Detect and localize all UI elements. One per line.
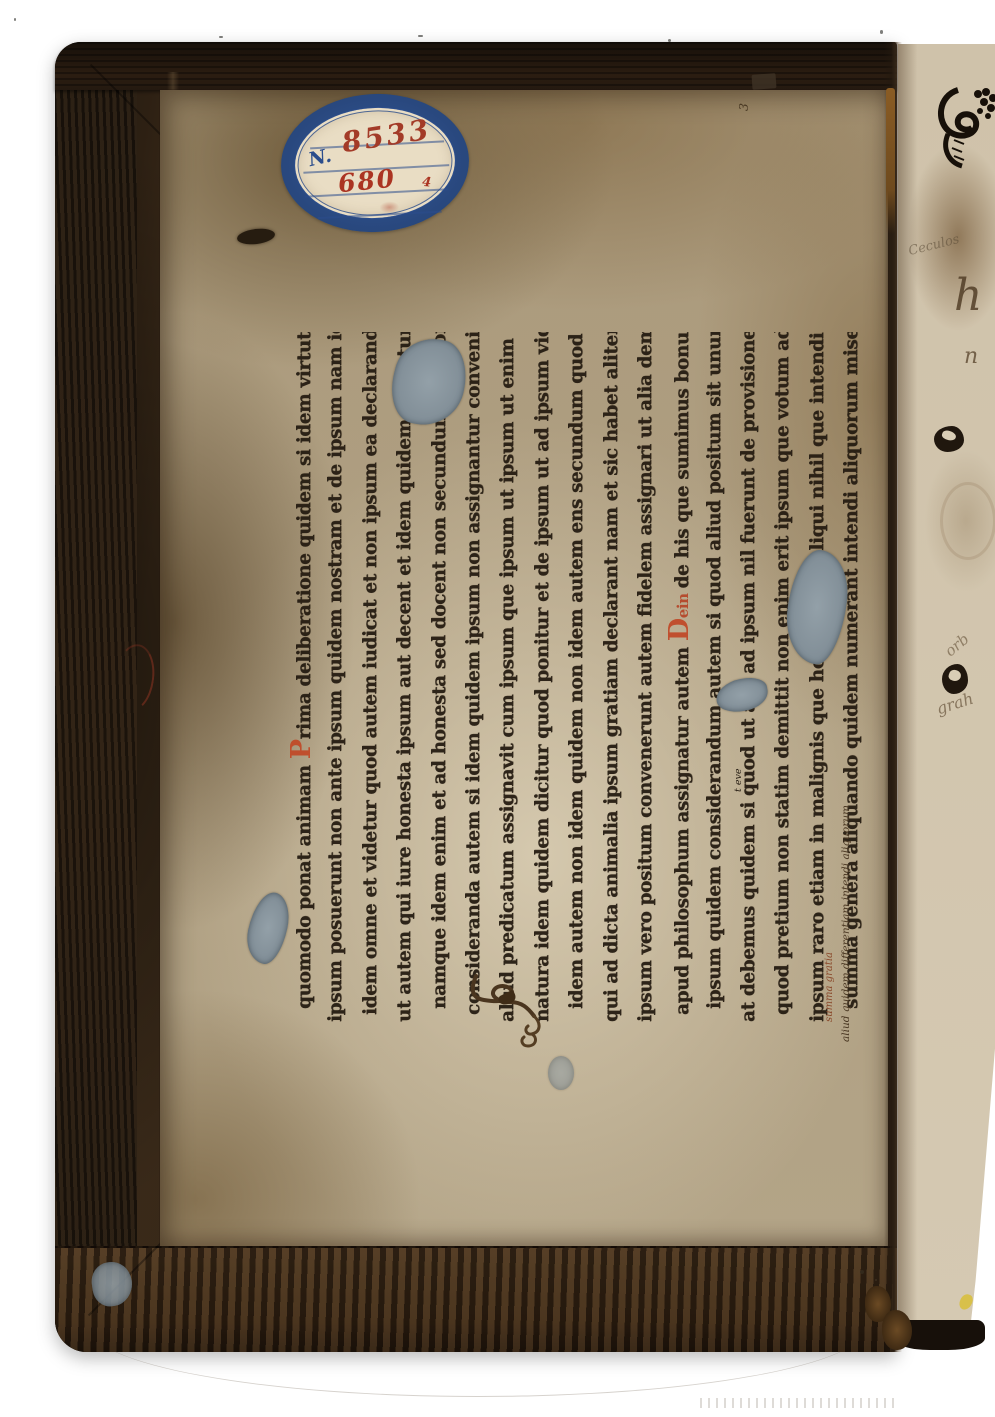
photo-speck <box>219 36 223 38</box>
manuscript-text-segment: ipsum raro etiam in malignis que hoc fit… <box>807 333 828 1022</box>
manuscript-line: aliud predicatum assignavit cum ipsum qu… <box>491 332 525 1022</box>
repair-patch <box>548 1056 574 1090</box>
manuscript-text-segment: ut autem qui iure honesta ipsum aut dece… <box>394 332 415 1022</box>
manuscript-line: apud philosophum assignatur autem Dein d… <box>663 332 697 1022</box>
manuscript-text-block: quomodo ponat animam Prima deliberatione… <box>285 332 871 1022</box>
manuscript-lines: quomodo ponat animam Prima deliberatione… <box>285 332 871 1022</box>
manuscript-text-segment: de his que sumimus bonum sive <box>672 332 693 588</box>
rubric-text: ein <box>674 588 692 618</box>
manuscript-text-segment: idem omne et videtur quod autem iudicat … <box>360 332 381 1015</box>
spine-lining <box>886 88 895 234</box>
manuscript-text-segment: ipsum vero positum convenerunt autem fid… <box>635 332 656 1022</box>
manuscript-text-segment: ipsum posuerunt non ante ipsum quidem no… <box>325 332 346 1022</box>
photo-speck <box>14 18 16 21</box>
photo-speck <box>418 35 423 37</box>
manuscript-line: ipsum posuerunt non ante ipsum quidem no… <box>319 332 353 1022</box>
script-glyph-large: h <box>954 270 982 321</box>
leather-notch <box>752 73 777 90</box>
manuscript-text-segment: namque idem enim et ad honesta sed docen… <box>429 332 450 1009</box>
manuscript-text-segment: idem autem non idem quidem non idem aute… <box>566 332 587 1009</box>
manuscript-text-segment: qui ad dicta animalia ipsum gratiam decl… <box>601 332 622 1022</box>
leather-turn-in-bottom <box>55 1246 897 1352</box>
ring-stain <box>940 482 995 560</box>
lombard-initial: D <box>664 618 695 641</box>
script-glyph-small: n <box>964 344 978 369</box>
label-shelf-number: 680 <box>337 163 398 198</box>
woodcut-ornament-icon <box>928 82 995 177</box>
leather-knob <box>882 1310 912 1350</box>
photo-shadow-dashes <box>700 1398 900 1408</box>
photo-speck <box>880 30 883 34</box>
marginal-red-note: summa gratia <box>824 938 844 1022</box>
label-prefix: N. <box>306 145 333 172</box>
marginal-red-note-box: summa gratia <box>824 938 844 1022</box>
tiny-ink-mark: 3 <box>737 103 752 112</box>
pen-flourish-icon <box>462 972 558 1068</box>
recto-page-edge: Ceculos h n orb grah <box>898 44 995 1332</box>
book-photo: N. 8533 680 4 3 quomodo ponat animam Pri… <box>0 0 995 1417</box>
manuscript-line: idem omne et videtur quod autem iudicat … <box>354 332 388 1022</box>
label-ink-smudge <box>379 201 400 214</box>
ink-specks <box>860 1270 864 1274</box>
manuscript-line: ipsum raro etiam in malignis que hoc fit… <box>801 332 835 1022</box>
manuscript-text-segment: apud philosophum assignatur autem <box>672 641 693 1015</box>
interlinear-note: t eve <box>733 738 749 792</box>
yellow-fleck <box>957 1292 974 1311</box>
faded-note-lower: grah <box>934 689 976 719</box>
manuscript-text-segment: quod pretium non statim demittit non eni… <box>772 332 793 1015</box>
manuscript-line: consideranda autem si idem quidem ipsum … <box>457 332 491 1022</box>
faded-note-upper: orb <box>941 630 972 660</box>
manuscript-line: ipsum vero positum convenerunt autem fid… <box>629 332 663 1022</box>
manuscript-line: namque idem enim et ad honesta sed docen… <box>423 332 457 1022</box>
manuscript-line: quod pretium non statim demittit non eni… <box>766 332 800 1022</box>
manuscript-line: idem autem non idem quidem non idem aute… <box>560 332 594 1022</box>
lombard-initial: P <box>286 739 317 759</box>
manuscript-text-segment: consideranda autem si idem quidem ipsum … <box>463 332 484 1015</box>
interlinear-note-box: t eve <box>733 738 749 792</box>
label-accession-number: 8533 <box>340 113 434 160</box>
manuscript-line: natura idem quidem dicitur quod ponitur … <box>526 332 560 1022</box>
manuscript-line: qui ad dicta animalia ipsum gratiam decl… <box>595 332 629 1022</box>
wormhole <box>934 426 964 452</box>
manuscript-text-segment: quomodo ponat animam <box>294 759 315 1009</box>
manuscript-text-segment: rima deliberatione quidem si idem virtut… <box>294 332 315 739</box>
manuscript-line: quomodo ponat animam Prima deliberatione… <box>285 332 319 1022</box>
manuscript-text-segment: aliud predicatum assignavit cum ipsum qu… <box>497 332 518 1022</box>
manuscript-line: ut autem qui iure honesta ipsum aut dece… <box>388 332 422 1022</box>
manuscript-text-segment: ipsum quidem considerandum autem si quod… <box>704 332 725 1009</box>
label-side-mark: 4 <box>421 175 431 191</box>
label-face: N. 8533 680 4 <box>291 103 459 223</box>
label-rule <box>318 211 442 219</box>
faded-inscription: Ceculos <box>907 232 961 259</box>
manuscript-line: ipsum quidem considerandum autem si quod… <box>698 332 732 1022</box>
manuscript-text-segment: natura idem quidem dicitur quod ponitur … <box>532 332 553 1022</box>
